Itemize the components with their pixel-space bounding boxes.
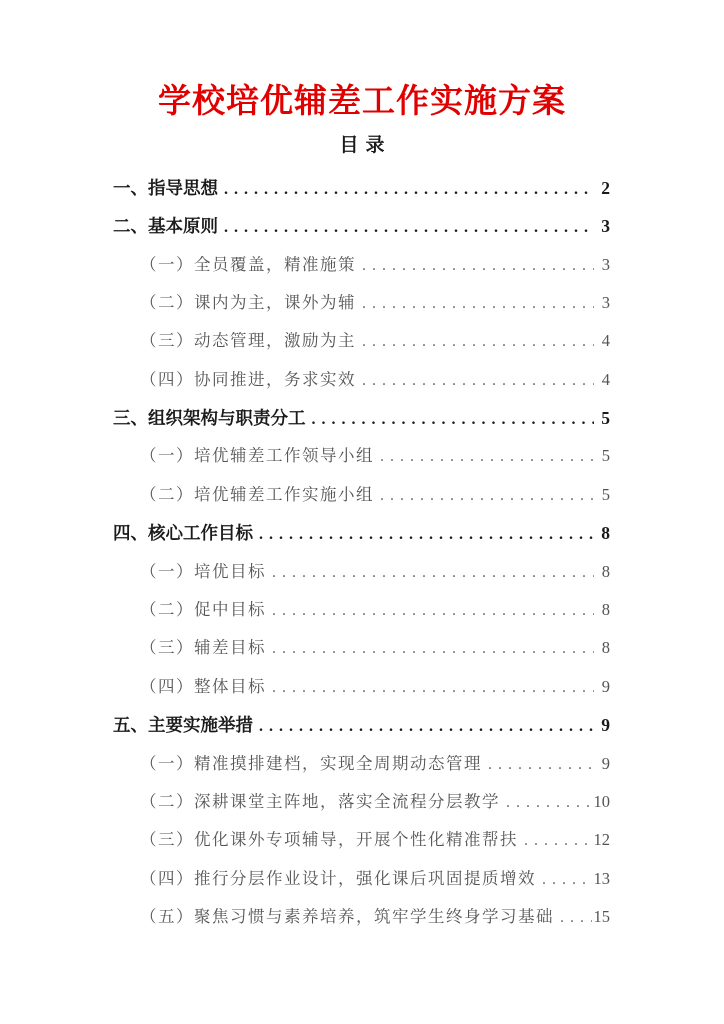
toc-entry[interactable]: （二）课内为主，课外为辅 ...........................… xyxy=(113,284,610,322)
toc-dot-leader: ........................................… xyxy=(259,516,594,552)
toc-entry-label: 五、主要实施举措 xyxy=(113,706,253,744)
toc-entry-page: 5 xyxy=(596,476,610,514)
toc-entry-label: （一）培优辅差工作领导小组 xyxy=(113,437,374,475)
toc-entry[interactable]: （四）协同推进，务求实效 ...........................… xyxy=(113,361,610,399)
toc-entry-page: 4 xyxy=(596,322,610,360)
toc-dot-leader: ........................................… xyxy=(272,592,594,629)
toc-entry-label: 二、基本原则 xyxy=(113,207,218,245)
toc-entry[interactable]: 二、基本原则 .................................… xyxy=(113,207,610,245)
toc-dot-leader: ........................................… xyxy=(224,171,594,207)
toc-entry-label: （二）促中目标 xyxy=(113,591,266,629)
toc-entry-label: 四、核心工作目标 xyxy=(113,514,253,552)
toc-entry[interactable]: （三）优化课外专项辅导，开展个性化精准帮扶 ..................… xyxy=(113,821,610,859)
toc-entry-label: （一）培优目标 xyxy=(113,553,266,591)
toc-dot-leader: ........................................… xyxy=(506,784,592,821)
toc-entry-page: 9 xyxy=(596,745,610,783)
toc-entry-page: 8 xyxy=(596,553,610,591)
toc-entry-label: （一）全员覆盖，精准施策 xyxy=(113,246,356,284)
toc-entry[interactable]: （三）辅差目标 ................................… xyxy=(113,629,610,667)
toc-entry-page: 13 xyxy=(594,860,611,898)
toc-dot-leader: ........................................… xyxy=(488,746,594,783)
toc-entry-page: 9 xyxy=(596,668,610,706)
toc-entry-label: （五）聚焦习惯与素养培养，筑牢学生终身学习基础 xyxy=(113,898,554,936)
toc-dot-leader: ........................................… xyxy=(272,630,594,667)
toc-dot-leader: ........................................… xyxy=(560,899,592,936)
toc-entry-page: 12 xyxy=(594,821,611,859)
toc-entry-label: （二）深耕课堂主阵地，落实全流程分层教学 xyxy=(113,783,500,821)
toc-entry-label: 一、指导思想 xyxy=(113,169,218,207)
toc-entry[interactable]: （二）促中目标 ................................… xyxy=(113,591,610,629)
toc-entry-page: 10 xyxy=(594,783,611,821)
toc-dot-leader: ........................................… xyxy=(362,285,594,322)
toc-dot-leader: ........................................… xyxy=(362,247,594,284)
toc-dot-leader: ........................................… xyxy=(224,209,594,245)
toc-entry-label: （二）培优辅差工作实施小组 xyxy=(113,476,374,514)
toc-entry[interactable]: （一）精准摸排建档，实现全周期动态管理 ....................… xyxy=(113,745,610,783)
toc-entry-page: 15 xyxy=(594,898,611,936)
toc-entry[interactable]: 四、核心工作目标 ...............................… xyxy=(113,514,610,552)
toc-entry-label: （二）课内为主，课外为辅 xyxy=(113,284,356,322)
toc-entry-label: （三）优化课外专项辅导，开展个性化精准帮扶 xyxy=(113,821,518,859)
toc-entry-label: 三、组织架构与职责分工 xyxy=(113,399,306,437)
toc-entry[interactable]: （一）全员覆盖，精准施策 ...........................… xyxy=(113,246,610,284)
toc-list: 一、指导思想 .................................… xyxy=(0,169,724,937)
toc-entry[interactable]: 一、指导思想 .................................… xyxy=(113,169,610,207)
toc-entry[interactable]: （三）动态管理，激励为主 ...........................… xyxy=(113,322,610,360)
toc-entry-page: 3 xyxy=(596,246,610,284)
toc-entry[interactable]: （二）培优辅差工作实施小组 ..........................… xyxy=(113,476,610,514)
toc-dot-leader: ........................................… xyxy=(272,669,594,706)
toc-entry-page: 8 xyxy=(596,629,610,667)
toc-entry[interactable]: 三、组织架构与职责分工 ............................… xyxy=(113,399,610,437)
toc-entry-label: （四）推行分层作业设计，强化课后巩固提质增效 xyxy=(113,860,536,898)
toc-dot-leader: ........................................… xyxy=(362,323,594,360)
toc-entry-label: （四）整体目标 xyxy=(113,668,266,706)
toc-entry[interactable]: （四）整体目标 ................................… xyxy=(113,668,610,706)
toc-dot-leader: ........................................… xyxy=(362,362,594,399)
toc-entry-page: 3 xyxy=(596,207,610,245)
toc-entry[interactable]: （一）培优辅差工作领导小组 ..........................… xyxy=(113,437,610,475)
page-title: 学校培优辅差工作实施方案 xyxy=(0,0,724,120)
toc-entry[interactable]: （一）培优目标 ................................… xyxy=(113,553,610,591)
toc-entry-label: （四）协同推进，务求实效 xyxy=(113,361,356,399)
toc-dot-leader: ........................................… xyxy=(542,861,592,898)
toc-entry[interactable]: （五）聚焦习惯与素养培养，筑牢学生终身学习基础 ................… xyxy=(113,898,610,936)
toc-entry[interactable]: （四）推行分层作业设计，强化课后巩固提质增效 .................… xyxy=(113,860,610,898)
toc-dot-leader: ........................................… xyxy=(380,477,594,514)
toc-entry-page: 5 xyxy=(596,437,610,475)
toc-entry-label: （一）精准摸排建档，实现全周期动态管理 xyxy=(113,745,482,783)
toc-dot-leader: ........................................… xyxy=(380,438,594,475)
toc-dot-leader: ........................................… xyxy=(272,554,594,591)
toc-entry-page: 8 xyxy=(596,591,610,629)
toc-heading: 目录 xyxy=(0,135,724,158)
document-page: 学校培优辅差工作实施方案 目录 一、指导思想 .................… xyxy=(0,0,724,1024)
toc-entry-page: 8 xyxy=(596,514,610,552)
toc-entry-page: 5 xyxy=(596,399,610,437)
toc-entry-page: 2 xyxy=(596,169,610,207)
toc-dot-leader: ........................................… xyxy=(524,822,592,859)
toc-entry-label: （三）辅差目标 xyxy=(113,629,266,667)
toc-entry-label: （三）动态管理，激励为主 xyxy=(113,322,356,360)
toc-entry-page: 9 xyxy=(596,706,610,744)
toc-dot-leader: ........................................… xyxy=(259,708,594,744)
toc-entry-page: 3 xyxy=(596,284,610,322)
toc-entry[interactable]: 五、主要实施举措 ...............................… xyxy=(113,706,610,744)
toc-entry[interactable]: （二）深耕课堂主阵地，落实全流程分层教学 ...................… xyxy=(113,783,610,821)
toc-entry-page: 4 xyxy=(596,361,610,399)
toc-dot-leader: ........................................… xyxy=(312,401,595,437)
